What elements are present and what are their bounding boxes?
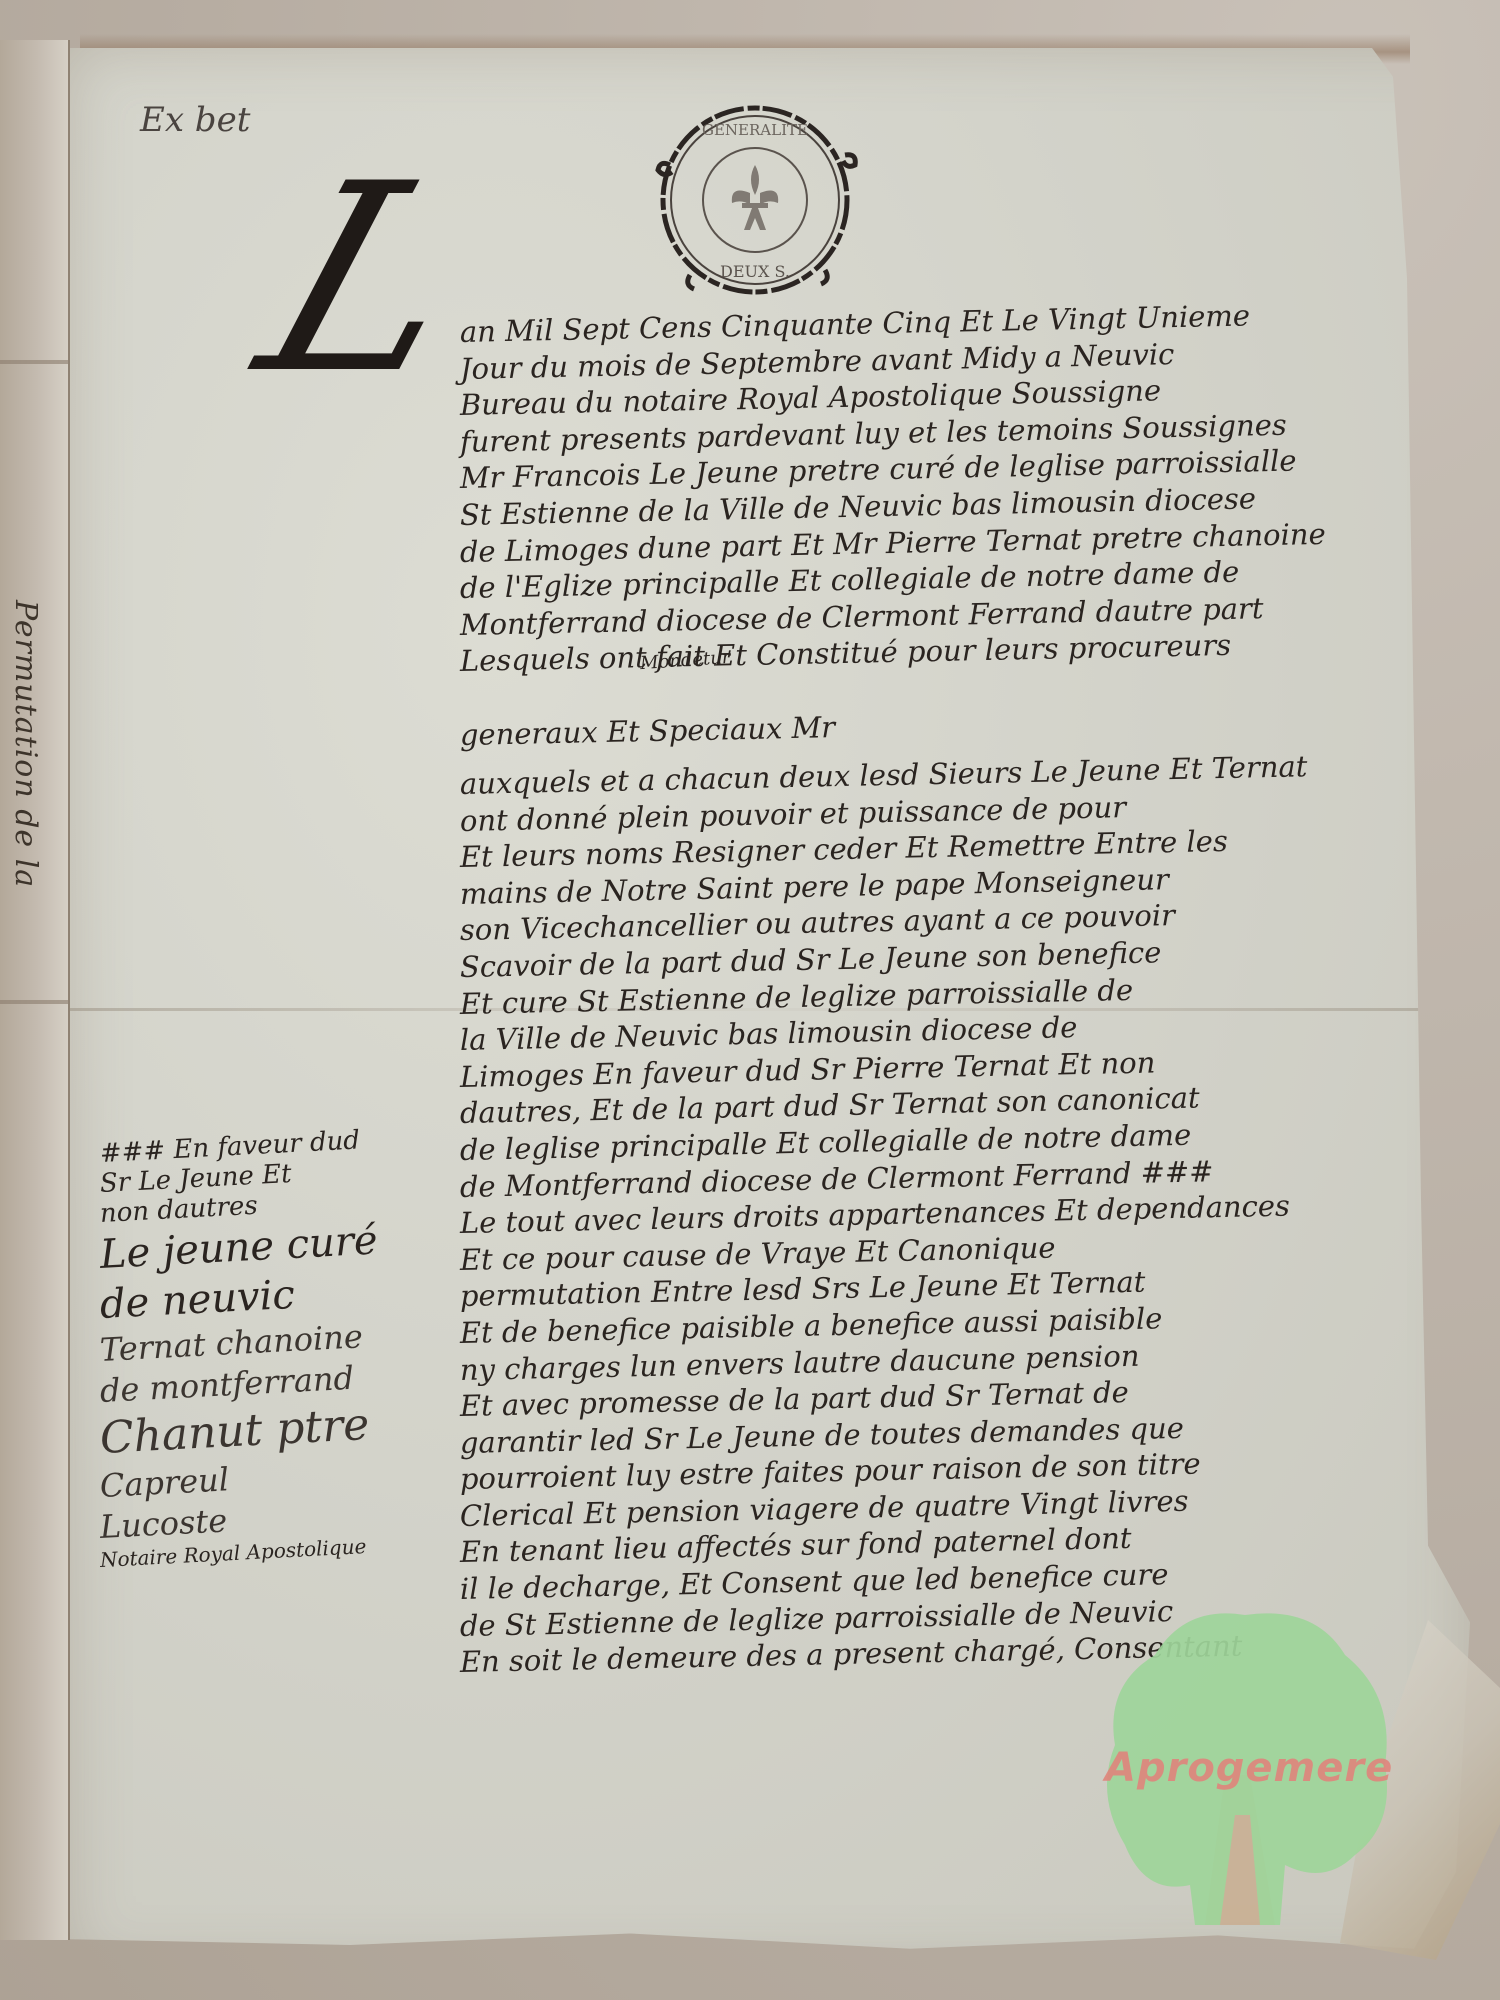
seal-stamp: GENERALITE DEUX S. <box>650 95 860 305</box>
reference-mark: Ex bet <box>140 100 250 140</box>
watermark-text: Aprogemere <box>1105 1745 1393 1791</box>
fleur-de-lis-seal-icon: GENERALITE DEUX S. <box>650 95 860 305</box>
spine-note: Permutation de la <box>8 600 43 888</box>
adjacent-folded-sheet: Permutation de la <box>0 40 70 1940</box>
act-procuration-paragraph: auxquels et a chacun deux lesd Sieurs Le… <box>460 770 1460 1685</box>
svg-text:GENERALITE: GENERALITE <box>702 121 808 139</box>
margin-annotations: ### En faveur dud Sr Le Jeune Et non dau… <box>100 1140 440 1572</box>
svg-text:DEUX S.: DEUX S. <box>720 262 790 281</box>
act-opening-paragraph: an Mil Sept Cens Cinquante Cinq Et Le Vi… <box>460 318 1460 757</box>
